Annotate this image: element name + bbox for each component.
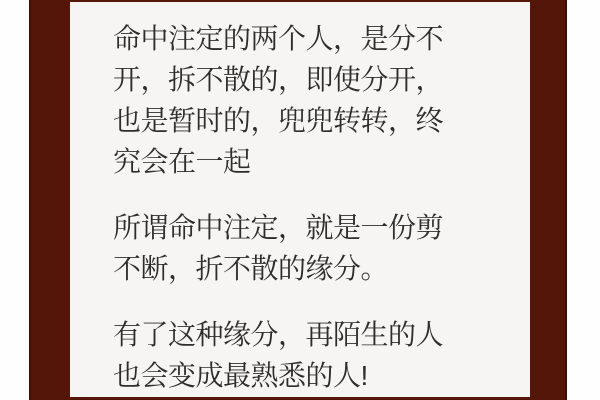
quote-line: 开，拆不散的，即使分开， bbox=[113, 59, 512, 100]
quote-text-area: 命中注定的两个人，是分不 开，拆不散的，即使分开， 也是暂时的，兜兜转转，终 究… bbox=[70, 2, 530, 397]
frame-right-bevel bbox=[565, 0, 567, 400]
quote-line: 命中注定的两个人，是分不 bbox=[113, 18, 512, 59]
quote-paragraph-3: 有了这种缘分，再陌生的人 也会变成最熟悉的人! bbox=[113, 314, 512, 396]
frame-left-bevel bbox=[29, 0, 31, 400]
quote-card-page: 命中注定的两个人，是分不 开，拆不散的，即使分开， 也是暂时的，兜兜转转，终 究… bbox=[0, 0, 600, 400]
quote-line: 有了这种缘分，再陌生的人 bbox=[113, 314, 512, 355]
quote-line: 也会变成最熟悉的人! bbox=[113, 355, 512, 396]
quote-line: 究会在一起 bbox=[113, 141, 512, 182]
quote-line: 也是暂时的，兜兜转转，终 bbox=[113, 100, 512, 141]
quote-paragraph-1: 命中注定的两个人，是分不 开，拆不散的，即使分开， 也是暂时的，兜兜转转，终 究… bbox=[113, 18, 512, 182]
quote-line: 所谓命中注定，就是一份剪 bbox=[113, 207, 512, 248]
quote-line: 不断，折不散的缘分。 bbox=[113, 248, 512, 289]
quote-paragraph-2: 所谓命中注定，就是一份剪 不断，折不散的缘分。 bbox=[113, 207, 512, 289]
